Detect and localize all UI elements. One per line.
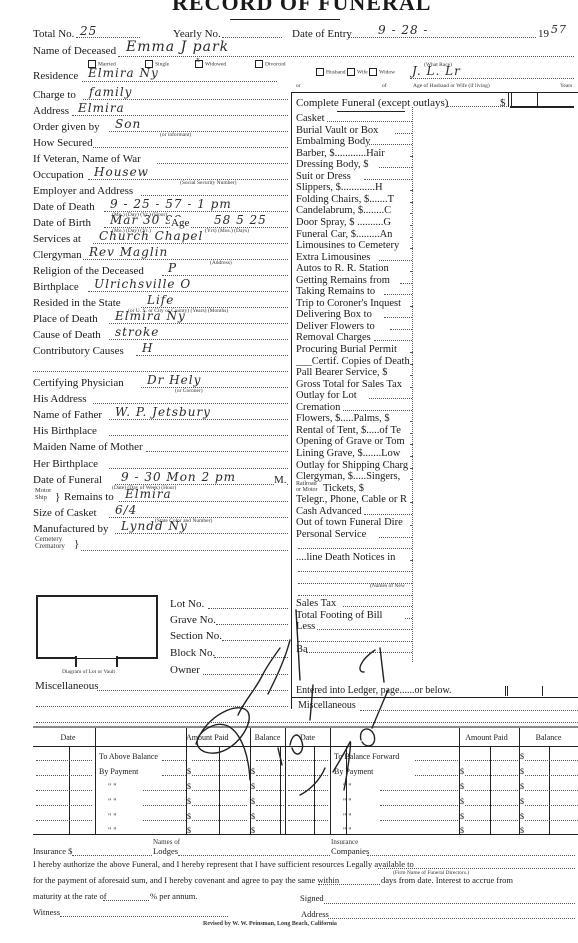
service-item-line	[410, 225, 412, 226]
ledger-left-balance-line[interactable]	[256, 805, 284, 806]
signed-label: Signed	[300, 893, 324, 903]
witness-label: Witness	[33, 907, 60, 917]
date-of-death-label: Date of Death	[33, 201, 95, 213]
service-item[interactable]: Slippers, $.............H	[296, 182, 412, 193]
his-address-line[interactable]	[93, 403, 288, 404]
his-birthplace-label: His Birthplace	[33, 425, 97, 437]
companies-line[interactable]	[367, 855, 575, 856]
service-item[interactable]: Cash Advanced	[296, 506, 412, 517]
insurance-label: Insurance $	[33, 846, 72, 856]
grave-no-label: Grave No.	[170, 614, 216, 626]
ledger-col-divider	[95, 728, 96, 834]
total-no-line	[76, 37, 140, 38]
lot-no-line[interactable]	[208, 608, 288, 609]
cemetery-crematory-label-bottom: Crematory	[35, 543, 65, 550]
name-line	[118, 56, 574, 57]
ledger-right-amount-currency: $	[460, 767, 464, 776]
service-item[interactable]: ....line Death Notices in	[296, 552, 412, 563]
witness-line[interactable]	[60, 916, 228, 917]
ledger-top-rule	[33, 726, 578, 728]
maiden-name-mother-line[interactable]	[146, 451, 288, 452]
manufactured-by-line[interactable]	[115, 533, 288, 534]
service-item[interactable]: Deliver Flowers to	[296, 321, 412, 332]
service-item[interactable]: Burial Vault or Box	[296, 125, 412, 136]
service-item[interactable]: Lining Grave, $.......Low	[296, 448, 412, 459]
ledger-header-rule	[33, 746, 578, 747]
ledger-right-balance-currency: $	[520, 812, 524, 821]
service-item-line	[306, 652, 412, 653]
checkbox-divorced[interactable]	[255, 60, 263, 68]
year-value[interactable]: 57	[551, 23, 567, 36]
ledger-left-date-line[interactable]	[36, 760, 92, 761]
ledger-right-desc-line	[380, 805, 458, 806]
service-item-line	[379, 537, 412, 538]
lot-diagram-caption: Diagram of Lot or Vault	[62, 669, 115, 675]
ledger-left-desc-line	[143, 805, 186, 806]
services-at-value[interactable]: Church Chapel	[99, 229, 203, 243]
occupation-value[interactable]: Housew	[94, 165, 149, 179]
ledger-left-amount-currency: $	[187, 767, 191, 776]
service-item-line	[369, 144, 412, 145]
service-item-line	[410, 502, 412, 503]
lot-diagram	[36, 595, 158, 659]
ledger-entry-tick-3	[542, 686, 543, 696]
services-column-right-edge	[412, 107, 413, 662]
resided-in-state-value[interactable]: Life	[147, 293, 174, 307]
birthplace-value[interactable]: Ulrichsville O	[94, 277, 191, 291]
ledger-left-balance-line[interactable]	[256, 820, 284, 821]
companies-label-top: Insurance	[331, 839, 358, 845]
service-item[interactable]: Opening of Grave or Tom	[296, 436, 412, 447]
page-title: RECORD OF FUNERAL	[172, 0, 431, 16]
how-secured-line[interactable]	[93, 147, 288, 148]
checkbox-widowed[interactable]	[195, 60, 203, 68]
service-item-line	[400, 283, 412, 284]
service-item[interactable]: Removal Charges	[296, 332, 412, 343]
service-item[interactable]: Outlay for Shipping Charg	[296, 460, 412, 471]
service-blank-line[interactable]	[298, 571, 412, 572]
service-item-line	[410, 202, 412, 203]
ledger-left-balance-currency: $	[251, 812, 255, 821]
services-at-line[interactable]	[93, 243, 288, 244]
service-item[interactable]: Taking Remains to	[296, 286, 412, 297]
insurance-line[interactable]	[72, 855, 152, 856]
address-label: Address	[301, 909, 329, 919]
ledger-right-date-line[interactable]	[288, 820, 328, 821]
ledger-left-amount-line[interactable]	[192, 805, 247, 806]
grave-no-line[interactable]	[216, 624, 288, 625]
service-item-line	[379, 260, 412, 261]
misc-right-line-2[interactable]	[36, 722, 578, 723]
spouse-years: Years	[560, 83, 572, 89]
lodges-label-top: Names of	[153, 839, 180, 845]
ledger-right-amount-line[interactable]	[465, 805, 518, 806]
ledger-entry-rule	[292, 697, 578, 698]
ledger-left-date-line[interactable]	[36, 790, 92, 791]
name-of-father-line[interactable]	[109, 419, 288, 420]
remains-to-brace: }	[55, 491, 60, 503]
cause-of-death-label: Cause of Death	[33, 329, 101, 341]
ledger-right-desc-line	[415, 775, 458, 776]
complete-funeral-currency: $	[500, 97, 506, 109]
place-of-death-value[interactable]: Elmira Ny	[115, 309, 186, 323]
yearly-no-line	[222, 37, 282, 38]
service-item[interactable]: Embalming Body	[296, 136, 412, 147]
ledger-right-date-line[interactable]	[288, 805, 328, 806]
ledger-right-amount-line[interactable]	[465, 760, 518, 761]
service-item[interactable]: Out of town Funeral Dire	[296, 517, 412, 528]
lodges-label-bottom: Lodges	[153, 846, 178, 856]
maiden-name-mother-label: Maiden Name of Mother	[33, 441, 143, 453]
cause-of-death-value[interactable]: stroke	[115, 325, 159, 339]
ledger-right-balance-currency: $	[520, 782, 524, 791]
service-item[interactable]: Funeral Car, $.........An	[296, 229, 412, 240]
service-blank-line[interactable]	[298, 595, 412, 596]
spouse-value[interactable]: J. L. Lr	[412, 64, 461, 78]
misc-left-line-1[interactable]	[97, 690, 288, 691]
service-item-line	[317, 629, 412, 630]
service-item-line	[384, 294, 412, 295]
services-col-divider-3	[537, 92, 538, 107]
service-item[interactable]: Cremation	[296, 402, 412, 413]
cause-of-death-line[interactable]	[109, 339, 288, 340]
ledger-right-date-line[interactable]	[288, 790, 328, 791]
ledger-right-balance-currency: $	[520, 797, 524, 806]
service-item[interactable]: Outlay for Lot	[296, 390, 412, 401]
ledger-right-row-label: " "	[343, 797, 352, 806]
lot-diagram-post-left	[75, 656, 77, 667]
block-no-line[interactable]	[214, 657, 288, 658]
lodges-line[interactable]	[178, 855, 330, 856]
veteran-war-label: If Veteran, Name of War	[33, 153, 141, 165]
ledger-right-balance-currency: $	[520, 752, 524, 761]
service-item-line	[410, 306, 412, 307]
ledger-left-row-label: " "	[108, 782, 117, 791]
cemetery-crematory-line[interactable]	[81, 550, 288, 551]
ledger-left-balance-line[interactable]	[256, 790, 284, 791]
service-item[interactable]: Candelabrum, $........C	[296, 205, 412, 216]
extra-line-line[interactable]	[33, 371, 288, 372]
date-of-entry-label: Date of Entry	[292, 28, 352, 40]
date-of-entry-line	[348, 37, 536, 38]
ledger-left-amount-line[interactable]	[192, 790, 247, 791]
ledger-left-desc-line	[143, 790, 186, 791]
religion-value[interactable]: P	[168, 261, 177, 275]
ledger-right-row-label: " "	[343, 812, 352, 821]
service-item[interactable]: Tickets, $	[323, 483, 412, 494]
service-item[interactable]: Less	[296, 621, 412, 632]
service-item-line	[410, 364, 412, 365]
ledger-left-amount-header: Amount Paid	[186, 733, 219, 742]
misc-right-line-1[interactable]	[360, 710, 578, 711]
her-birthplace-line[interactable]	[109, 468, 288, 469]
service-item-line	[369, 398, 412, 399]
authorize-text: I hereby authorize the above Funeral, an…	[33, 859, 414, 869]
service-item[interactable]: Door Spray, $ ..........G	[296, 217, 412, 228]
ledger-entry-tick-1	[505, 686, 506, 696]
service-item-line	[343, 410, 412, 411]
firm-name-line[interactable]	[378, 868, 575, 869]
remains-to-label: Remains to	[64, 491, 114, 503]
service-item[interactable]: Rental of Tent, $.....of Te	[296, 425, 412, 436]
his-address-label: His Address	[33, 393, 86, 405]
newspapers-caption: (Names of New	[370, 583, 405, 589]
service-blank-line[interactable]	[298, 641, 412, 642]
ledger-left-row-label: To Above Balance	[99, 752, 158, 761]
service-item-line	[410, 248, 412, 249]
clergyman-caption: (Address)	[210, 260, 232, 266]
remains-to-prefix-bottom: Ship	[35, 495, 47, 501]
residence-label: Residence	[33, 70, 78, 82]
services-col-divider-1	[508, 92, 509, 107]
her-birthplace-label: Her Birthplace	[33, 458, 98, 470]
name-of-deceased-value[interactable]: Emma J park	[126, 39, 229, 55]
total-no-label: Total No.	[33, 28, 74, 40]
ledger-left-balance-currency: $	[251, 797, 255, 806]
ledger-right-row-label: By Payment	[334, 767, 373, 776]
block-no-label: Block No.	[170, 647, 215, 659]
address-line[interactable]	[328, 918, 575, 919]
charge-to-value[interactable]: family	[89, 85, 132, 99]
service-item-line	[364, 514, 412, 515]
section-no-label: Section No.	[170, 630, 222, 642]
ledger-right-balance-line[interactable]	[525, 805, 578, 806]
clergyman-line[interactable]	[83, 259, 288, 260]
complete-funeral-total-rule	[510, 106, 574, 108]
service-item[interactable]: Total Footing of Bill	[296, 610, 412, 621]
section-no-line[interactable]	[222, 640, 288, 641]
clergyman-value[interactable]: Rev Maglin	[89, 245, 168, 259]
address-label: Address	[33, 105, 69, 117]
certifying-physician-value[interactable]: Dr Hely	[147, 373, 201, 387]
year-prefix: 19	[538, 28, 549, 40]
payment-text-a: for the payment of aforesaid sum, and I …	[33, 875, 339, 885]
service-item-line	[395, 133, 412, 134]
service-item[interactable]: Getting Remains from	[296, 275, 412, 286]
service-item[interactable]: Barber, $............Hair	[296, 148, 412, 159]
ledger-left-date-line[interactable]	[36, 805, 92, 806]
interest-rate-line[interactable]	[103, 900, 149, 901]
spouse-options: Husband Wife Widow	[316, 68, 395, 76]
charge-to-line[interactable]	[83, 99, 288, 100]
ledger-left-amount-currency: $	[187, 797, 191, 806]
address-value[interactable]: Elmira	[78, 101, 125, 115]
complete-funeral-line	[447, 106, 507, 107]
ledger-right-amount-currency: $	[460, 782, 464, 791]
service-item-line	[410, 421, 412, 422]
service-item-line	[410, 387, 412, 388]
ledger-right-date-header: Date	[285, 733, 330, 742]
resided-in-state-label: Resided in the State	[33, 297, 121, 309]
manufactured-by-label: Manufactured by	[33, 523, 108, 535]
date-of-birth-age-value[interactable]: 58 5 25	[214, 213, 267, 227]
birthplace-label: Birthplace	[33, 281, 79, 293]
address-line[interactable]	[72, 115, 288, 116]
checkbox-wife[interactable]	[347, 68, 355, 76]
ledger-left-desc-line	[162, 775, 186, 776]
clergyman-label: Clergyman	[33, 249, 82, 261]
revised-by: Revised by W. W. Peinsman, Long Beach, C…	[203, 921, 337, 927]
service-item-line	[410, 375, 412, 376]
order-given-by-line[interactable]	[109, 131, 288, 132]
signed-line[interactable]	[324, 903, 575, 904]
charge-to-label: Charge to	[33, 89, 76, 101]
remains-to-value[interactable]: Elmira	[125, 487, 172, 501]
date-of-funeral-label: Date of Funeral	[33, 474, 102, 486]
payment-text-b: days from date. Interest to accrue from	[381, 875, 513, 885]
service-item-line	[374, 340, 412, 341]
order-given-by-value[interactable]: Son	[115, 117, 141, 131]
service-item-line	[410, 213, 412, 214]
service-item[interactable]: Extra Limousines	[296, 252, 412, 263]
service-item-line	[410, 479, 412, 480]
total-no-value[interactable]: 25	[80, 24, 97, 38]
date-of-birth-age-caption: (Yrs) (Mos.) (Days)	[205, 228, 249, 234]
residence-value[interactable]: Elmira Ny	[88, 66, 159, 80]
religion-line[interactable]	[162, 275, 288, 276]
service-item[interactable]: Procuring Burial Permit	[296, 344, 412, 355]
ledger-right-balance-line[interactable]	[525, 790, 578, 791]
service-item[interactable]: Casket	[296, 113, 412, 124]
ledger-left-date-line[interactable]	[36, 775, 92, 776]
service-item[interactable]: Delivering Box to	[296, 309, 412, 320]
ledger-left-date-header: Date	[33, 733, 103, 742]
payment-days-line[interactable]	[318, 884, 380, 885]
service-blank-line[interactable]	[298, 548, 412, 549]
ledger-left-balance-currency: $	[251, 782, 255, 791]
place-of-death-line[interactable]	[109, 323, 288, 324]
service-item-line	[364, 179, 412, 180]
his-birthplace-line[interactable]	[109, 435, 288, 436]
certifying-physician-line[interactable]	[141, 387, 288, 388]
service-item[interactable]: Trip to Coroner's Inquest	[296, 298, 412, 309]
name-of-father-value[interactable]: W. P. Jetsbury	[115, 405, 211, 419]
ledger-left-amount-line[interactable]	[192, 820, 247, 821]
ledger-left-desc-line	[143, 820, 186, 821]
remains-to-line[interactable]	[119, 501, 288, 502]
date-of-funeral-suffix: M.	[274, 474, 287, 486]
service-item[interactable]: Suit or Dress	[296, 171, 412, 182]
veteran-war-line[interactable]	[157, 163, 288, 164]
service-item[interactable]: Sales Tax	[296, 598, 412, 609]
ledger-entry-label: Entered into Ledger, page......or below.	[296, 685, 452, 697]
spouse-age-caption: Age of Husband or Wife (if living)	[413, 83, 490, 89]
checkbox-widow[interactable]	[369, 68, 377, 76]
ledger-left-desc-line	[162, 760, 186, 761]
ledger-right-amount-line[interactable]	[465, 790, 518, 791]
ledger-left-amount-line[interactable]	[192, 760, 247, 761]
ledger-right-date-line[interactable]	[288, 775, 328, 776]
contributory-causes-line[interactable]	[136, 355, 288, 356]
service-item-line	[410, 190, 412, 191]
ledger-left-row-label: " "	[108, 812, 117, 821]
services-col-divider-2	[511, 92, 512, 107]
occupation-caption: (Social Security Number)	[180, 180, 237, 186]
tickets-prefix-bottom: or Motor	[296, 487, 318, 493]
birthplace-line[interactable]	[88, 291, 288, 292]
service-item-line	[327, 121, 412, 122]
service-item[interactable]: Dressing Body, $	[296, 159, 412, 170]
ledger-entry-tick-2	[507, 686, 508, 696]
employer-address-label: Employer and Address	[33, 185, 133, 197]
owner-label: Owner	[170, 664, 200, 676]
ledger-right-amount-currency: $	[460, 797, 464, 806]
employer-address-line[interactable]	[141, 195, 288, 196]
ledger-right-amount-line[interactable]	[465, 775, 518, 776]
ledger-right-balance-line[interactable]	[525, 820, 578, 821]
service-item[interactable]: Telegr., Phone, Cable or R	[296, 494, 412, 505]
service-item[interactable]: Autos to R. R. Station	[296, 263, 412, 274]
ledger-right-amount-currency: $	[460, 812, 464, 821]
service-item[interactable]: Flowers, $.....Palms, $	[296, 413, 412, 424]
date-of-birth-age-label: Age	[170, 217, 190, 229]
place-of-death-label: Place of Death	[33, 313, 98, 325]
ledger-left-balance-line[interactable]	[256, 775, 284, 776]
service-item[interactable]: Folding Chairs, $.......T	[296, 194, 412, 205]
miscellaneous-right-label: Miscellaneous	[298, 700, 356, 712]
checkbox-husband[interactable]	[316, 68, 324, 76]
misc-left-line-2[interactable]	[36, 706, 288, 707]
ledger-right-balance-line[interactable]	[525, 775, 578, 776]
spouse-of: of	[382, 83, 387, 89]
ledger-right-amount-line[interactable]	[465, 820, 518, 821]
complete-funeral-label: Complete Funeral (except outlays)	[296, 97, 448, 109]
ledger-right-date-line[interactable]	[288, 760, 328, 761]
marital-divorced[interactable]: Divorced	[255, 60, 285, 68]
service-item[interactable]: Limousines to Cemetery	[296, 240, 412, 251]
manufactured-by-value[interactable]: Lyndd Ny	[121, 519, 188, 533]
ledger-left-amount-line[interactable]	[192, 775, 247, 776]
ledger-right-desc-line	[380, 790, 458, 791]
service-item-line	[384, 317, 412, 318]
name-of-father-label: Name of Father	[33, 409, 102, 421]
lot-diagram-gap	[76, 652, 116, 658]
ledger-right-balance-line[interactable]	[525, 760, 578, 761]
ledger-left-date-line[interactable]	[36, 820, 92, 821]
ledger-right-amount-header: Amount Paid	[459, 733, 514, 742]
service-item[interactable]: ___Certif. Copies of Death C	[296, 356, 412, 367]
occupation-label: Occupation	[33, 169, 84, 181]
maturity-text-b: % per annum.	[150, 891, 197, 901]
ledger-left-balance-header: Balance	[250, 733, 285, 742]
maturity-text-a: maturity at the rate of	[33, 891, 107, 901]
ledger-right-balance-header: Balance	[519, 733, 578, 742]
date-of-entry-value[interactable]: 9 - 28 -	[378, 23, 428, 37]
size-of-casket-label: Size of Casket	[33, 507, 97, 519]
spouse-line	[410, 78, 574, 79]
service-item-line	[410, 352, 412, 353]
service-item[interactable]: Personal Service	[296, 529, 412, 540]
miscellaneous-left-label: Miscellaneous	[35, 680, 99, 692]
spouse-or: or	[296, 83, 301, 89]
service-item[interactable]: Pall Bearer Service, $	[296, 367, 412, 378]
contributory-causes-value[interactable]: H	[142, 341, 153, 355]
ledger-right-row-label: " "	[343, 782, 352, 791]
ledger-col-divider	[285, 728, 286, 834]
marital-widowed[interactable]: Widowed	[195, 60, 226, 68]
ledger-left-balance-line[interactable]	[256, 760, 284, 761]
owner-line[interactable]	[203, 674, 288, 675]
date-of-death-value[interactable]: 9 - 25 - 57 - 1 pm	[110, 197, 232, 211]
service-item[interactable]: Gross Total for Sales Tax	[296, 379, 412, 390]
service-item-line	[410, 560, 412, 561]
service-item[interactable]: Ba	[296, 644, 412, 655]
residence-line	[82, 81, 277, 82]
date-of-funeral-value[interactable]: 9 - 30 Mon 2 pm	[121, 470, 236, 484]
ledger-left-row-label: By Payment	[99, 767, 138, 776]
ledger-right-desc-line	[380, 820, 458, 821]
size-of-casket-value[interactable]: 6/4	[115, 503, 137, 517]
